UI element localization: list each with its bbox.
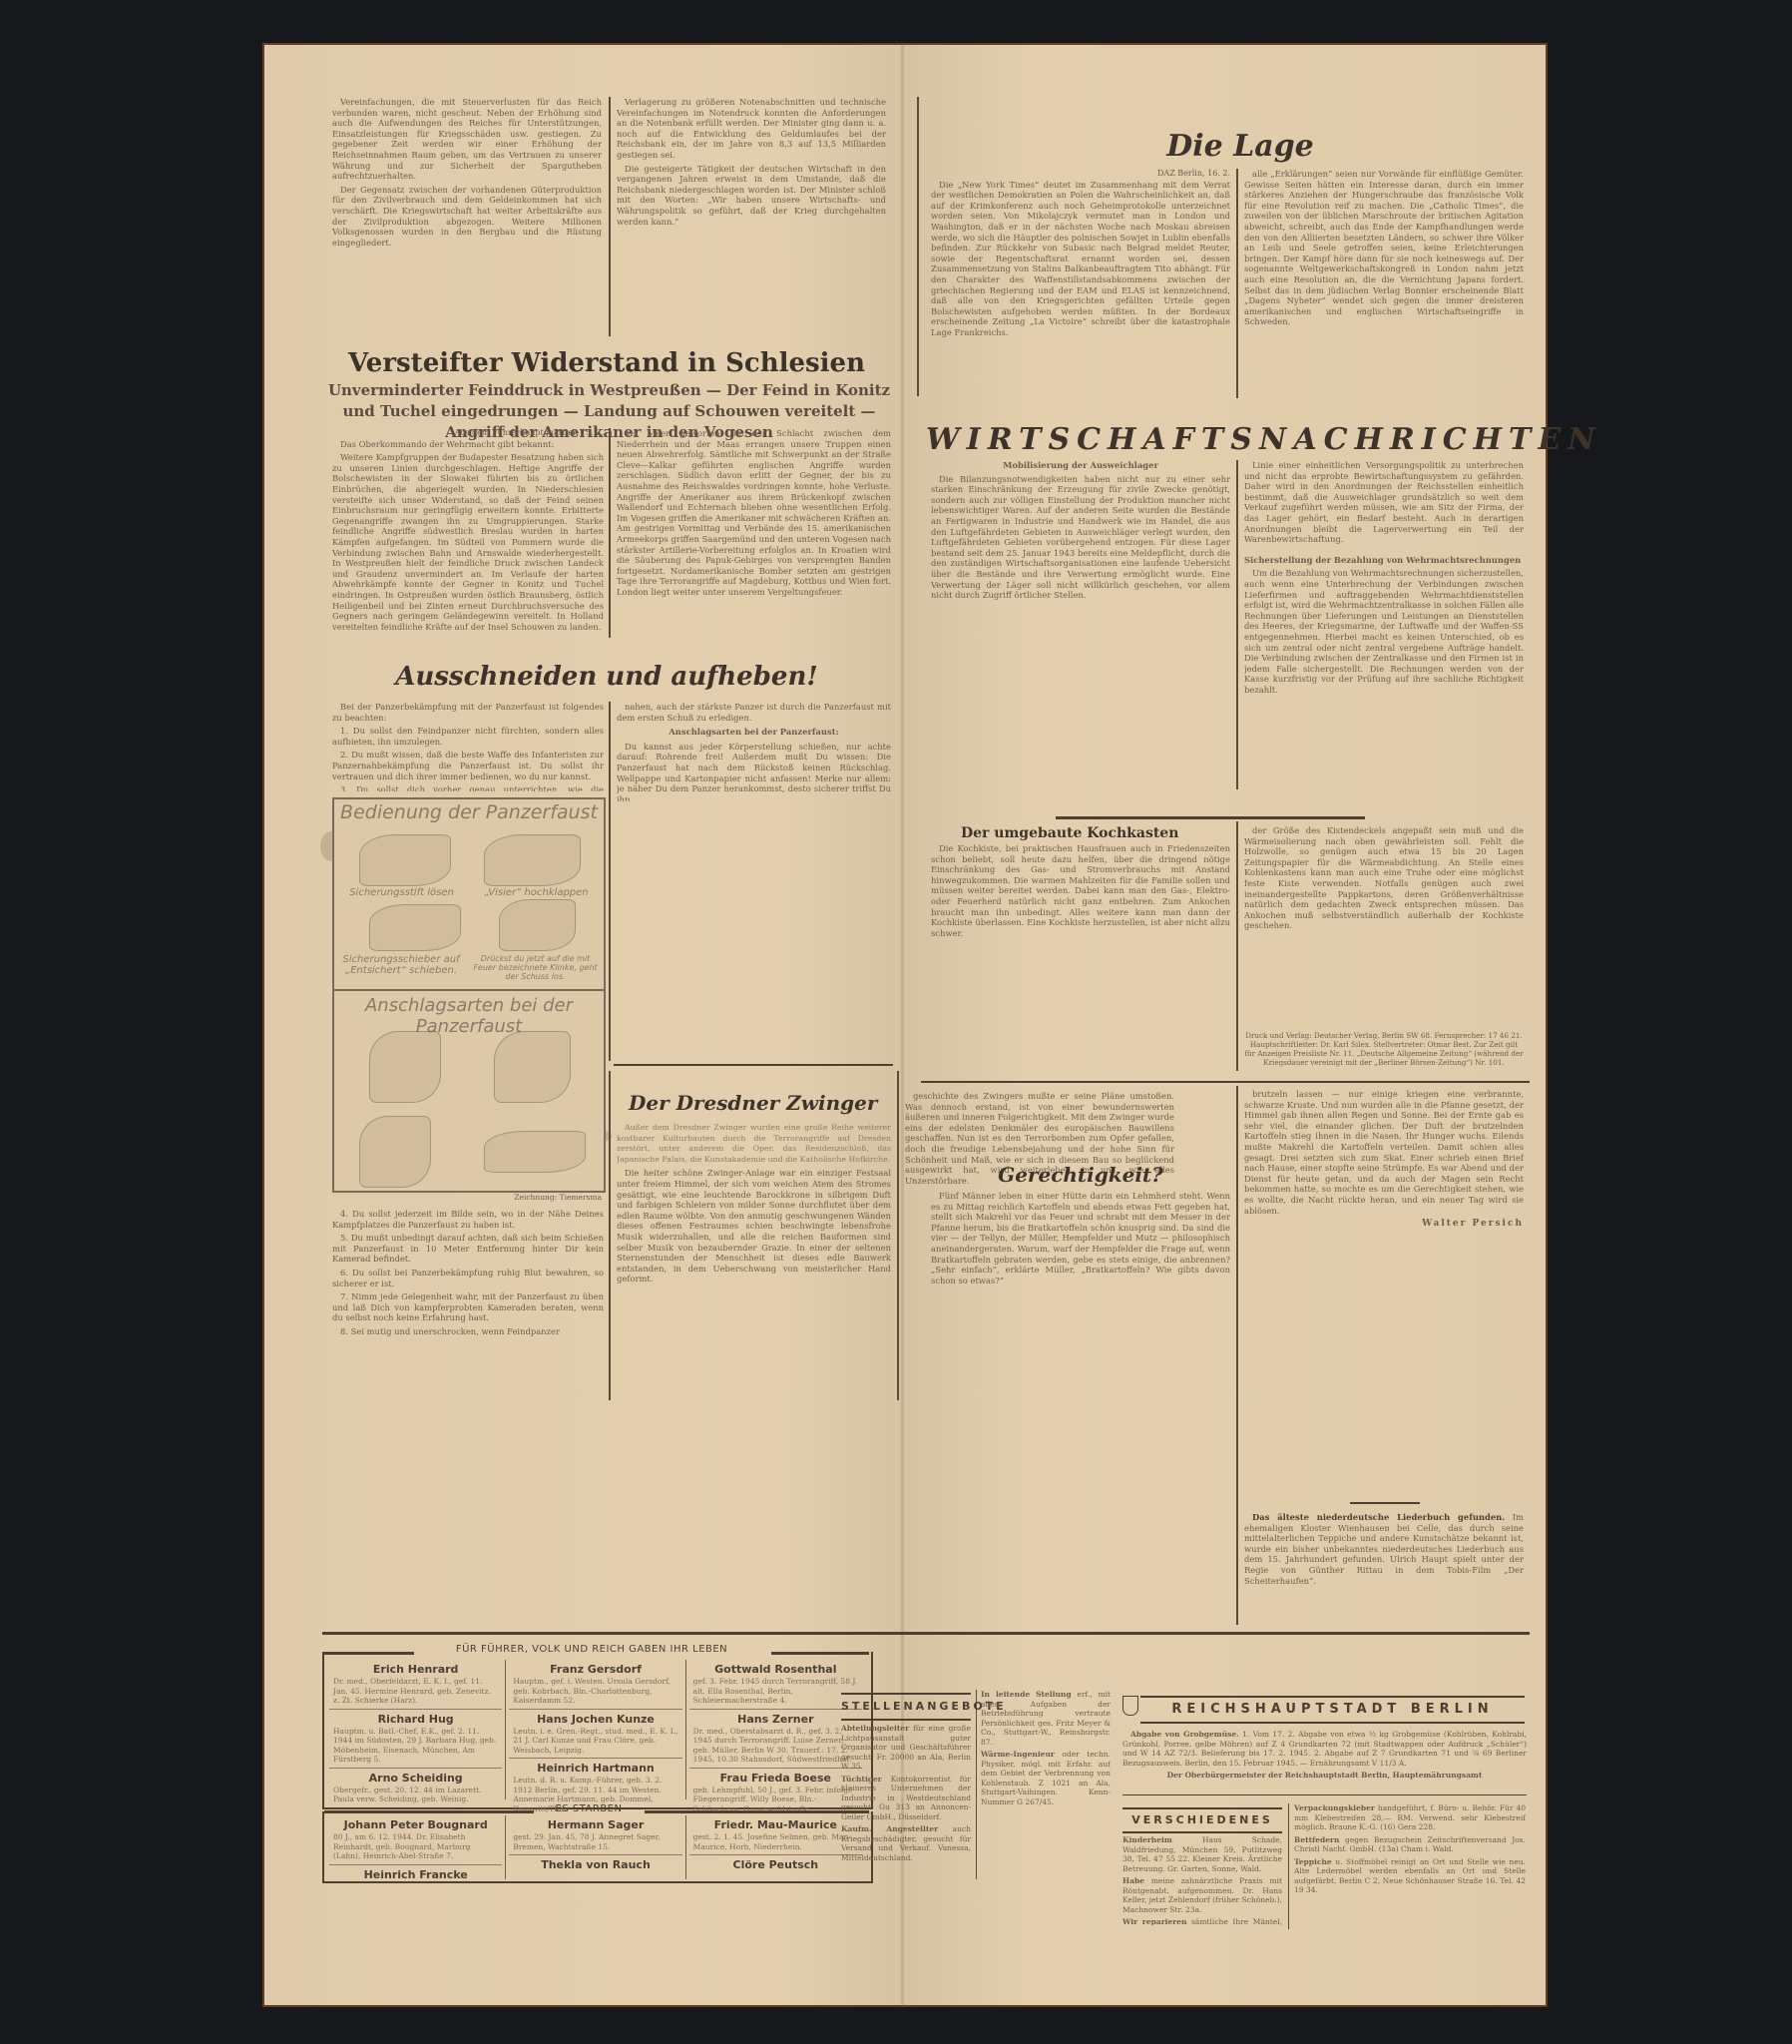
jobs-column-2: In leitende Stellung erf., mit allen Auf…	[981, 1690, 1111, 1879]
obituary-name: Gottwald Rosenthal	[689, 1663, 862, 1676]
panzerfaust-rules-bottom: 4. Du sollst jederzeit im Bilde sein, wo…	[332, 1209, 604, 1396]
wirtschaft-column-2: Linie einer einheitlichen Versorgungspol…	[1244, 460, 1524, 789]
illustration-bedienung: Bedienung der Panzerfaust Sicherungsstif…	[332, 797, 606, 991]
headline-wirtschaftsnachrichten: WIRTSCHAFTSNACHRICHTEN	[926, 422, 1535, 457]
column-rule	[1236, 169, 1238, 398]
gerechtigkeit-column-1: Fünf Männer leben in einer Hütte darin e…	[931, 1191, 1230, 1620]
soldier-drawing	[359, 1116, 431, 1188]
soldier-drawing	[484, 1131, 586, 1173]
section-rule	[614, 1064, 893, 1066]
column-rule	[609, 1071, 611, 1400]
section-rule	[1140, 1696, 1525, 1698]
schlesien-column-1: Aus dem Führerhauptquartier, 15. 2. Das …	[332, 428, 604, 638]
obituaries-header: FÜR FÜHRER, VOLK UND REICH GABEN IHR LEB…	[412, 1644, 771, 1655]
illustration-title: Bedienung der Panzerfaust	[338, 801, 600, 823]
obituary-name: Franz Gersdorf	[509, 1663, 681, 1676]
panzerfaust-intro: Bei der Panzerbekämpfung mit der Panzerf…	[332, 702, 604, 791]
panzerfaust-drawing	[484, 834, 581, 886]
jobs-header: STELLENANGEBOTE	[841, 1700, 971, 1713]
obituary-note: gest. 2. 1. 45. Josefine Selmen, geb. Ma…	[689, 1832, 862, 1855]
kochkasten-column-1: Die Kochkiste, bei praktischen Hausfraue…	[931, 843, 1230, 1073]
headline-zwinger: Der Dresdner Zwinger	[617, 1091, 878, 1115]
headline-ausschneiden: Ausschneiden und aufheben!	[312, 662, 901, 692]
illustration-credit: Zeichnung: Tiemersma	[462, 1193, 602, 1205]
section-rule	[1056, 816, 1365, 819]
misc-column-1: Kinderheim Haus Schade, Waldfriedung, Mü…	[1122, 1835, 1282, 1925]
wehrmacht-subhead: Sicherstellung der Bezahlung von Wehrmac…	[1244, 555, 1524, 566]
section-rule	[841, 1719, 971, 1721]
obituary-note: Leutn. i. e. Gren.-Regt., stud. med., E.…	[509, 1727, 681, 1760]
anschlagsarten-subhead: Anschlagsarten bei der Panzerfaust:	[617, 727, 891, 738]
left-top-column-2: Verlagerung zu größeren Notenabschnitten…	[617, 97, 886, 336]
section-rule	[771, 1652, 869, 1655]
section-rule	[921, 1081, 1530, 1083]
obituary-name: Frau Frieda Boese	[689, 1772, 862, 1785]
obituary-note: Hauptm. u. Batl.-Chef, E.K., gef. 2. 11.…	[329, 1727, 502, 1769]
column-rule	[1236, 821, 1238, 1071]
misc-column-2: Verpackungskleber handgeführt, f. Büro- …	[1294, 1803, 1526, 1929]
section-rule	[1122, 1807, 1282, 1809]
obituary-name: Arno Scheiding	[329, 1772, 502, 1785]
soldier-drawing	[369, 1031, 441, 1103]
die-lage-column-1: DAZ Berlin, 16. 2. Die „New York Times“ …	[931, 169, 1230, 398]
obituary-note: Hauptm., gef. i. Westen. Ursula Gersdorf…	[509, 1677, 681, 1710]
soldier-drawing	[494, 1031, 571, 1103]
obituary-note: Dr. med., Oberstabsarzt d. R., gef. 3. 2…	[689, 1727, 862, 1769]
obituary-name: Friedr. Mau-Maurice	[689, 1818, 862, 1831]
column-rule	[609, 428, 611, 638]
obituary-name: Heinrich Francke	[329, 1868, 502, 1881]
section-rule	[841, 1693, 971, 1695]
jobs-column-1: Abteilungsleiter für eine große Lichtpau…	[841, 1724, 971, 1873]
illustration-caption: Sicherungsstift lösen	[334, 887, 469, 898]
obituary-name: Clöre Peutsch	[689, 1858, 862, 1871]
zwinger-body: Außer dem Dresdner Zwinger wurden eine g…	[617, 1123, 891, 1397]
column-rule	[609, 702, 611, 1061]
obituary-name: Hermann Sager	[509, 1818, 681, 1831]
headline-die-lage: Die Lage	[941, 129, 1540, 164]
column-rule	[609, 97, 611, 336]
die-lage-column-2: alle „Erklärungen“ seien nur Vorwände fü…	[1244, 169, 1524, 398]
obituary-note: Obergefr., gest. 20. 12. 44 im Lazarett.…	[329, 1786, 502, 1807]
liederbuch-article: Das älteste niederdeutsche Liederbuch ge…	[1244, 1512, 1524, 1622]
wirtschaft-subhead: Mobilisierung der Ausweichlager	[931, 460, 1230, 471]
dateline: Aus dem Führerhauptquartier, 15. 2.	[332, 428, 604, 439]
column-rule	[1236, 1086, 1238, 1625]
obituary-note: gef. 3. Febr. 1945 durch Terrorangriff, …	[689, 1677, 862, 1710]
berlin-bear-crest-icon	[1122, 1696, 1138, 1716]
obituary-note: 80 J., am 6. 12. 1944. Dr. Elisabeth Rei…	[329, 1832, 502, 1865]
column-rule	[1288, 1803, 1289, 1929]
article-body: Im ehemaligen Kloster Wienhausen bei Cel…	[1244, 1512, 1524, 1586]
panzerfaust-right: nahen, auch der stärkste Panzer ist durc…	[617, 702, 891, 801]
author-signature: Walter Persich	[1244, 1219, 1524, 1230]
illustration-caption: Drückst du jetzt auf die mit Feuer bezei…	[469, 954, 602, 981]
obituary-name: Richard Hug	[329, 1713, 502, 1726]
kochkasten-column-2: der Größe des Kistendeckels angepaßt sei…	[1244, 825, 1524, 1025]
dateline: DAZ Berlin, 16. 2.	[931, 169, 1230, 180]
berlin-header: REICHSHAUPTSTADT BERLIN	[1140, 1702, 1525, 1717]
obituaries-fallen: Erich Henrard Dr. med., Oberfeldarzt, E.…	[326, 1660, 865, 1799]
section-rule	[1122, 1831, 1282, 1833]
panzerfaust-drawing	[369, 904, 461, 951]
obituary-name: Heinrich Hartmann	[509, 1762, 681, 1775]
obituary-name: Hans Zerner	[689, 1713, 862, 1726]
section-rule	[1350, 1502, 1420, 1504]
illustration-caption: „Visier“ hochklappen	[469, 887, 604, 898]
obituary-name: Erich Henrard	[329, 1663, 502, 1676]
column-rule	[897, 1071, 899, 1400]
berlin-notice: Abgabe von Grobgemüse. 1. Vom 17. 2. Abg…	[1122, 1730, 1527, 1789]
panzerfaust-drawing	[359, 834, 451, 886]
soldier-drawing	[499, 899, 576, 951]
newspaper-page: Vereinfachungen, die mit Steuerverlusten…	[262, 43, 1548, 2007]
headline-kochkasten: Der umgebaute Kochkasten	[931, 825, 1260, 841]
headline-gerechtigkeit: Gerechtigkeit?	[931, 1163, 1230, 1187]
section-rule	[322, 1652, 414, 1655]
column-rule	[1236, 460, 1238, 789]
illustration-anschlagsarten: Anschlagsarten bei der Panzerfaust	[332, 989, 606, 1193]
ads-divider	[322, 1632, 1530, 1635]
imprint: Druck und Verlag: Deutscher Verlag, Berl…	[1244, 1031, 1524, 1077]
obituaries-died: Johann Peter Bougnard 80 J., am 6. 12. 1…	[326, 1815, 865, 1879]
schlesien-column-2: ins Meer geworfen. In der Schlacht zwisc…	[617, 428, 891, 638]
headline-schlesien: Versteifter Widerstand in Schlesien	[312, 348, 901, 378]
gerechtigkeit-column-2: brutzeln lassen — nur einige kriegen ein…	[1244, 1089, 1524, 1488]
section-rule	[1140, 1722, 1525, 1724]
obituary-name: Hans Jochen Kunze	[509, 1713, 681, 1726]
section-rule	[1122, 1794, 1527, 1795]
misc-header: VERSCHIEDENES	[1122, 1813, 1282, 1826]
column-rule	[917, 97, 919, 396]
wirtschaft-column-1: Mobilisierung der Ausweichlager Die Bila…	[931, 460, 1230, 789]
column-rule	[976, 1690, 977, 1879]
obituary-name: Thekla von Rauch	[509, 1858, 681, 1871]
obituary-note: gest. 29. Jan. 45, 78 J. Annegret Sager,…	[509, 1832, 681, 1855]
left-top-column-1: Vereinfachungen, die mit Steuerverlusten…	[332, 97, 602, 336]
obituary-name: Johann Peter Bougnard	[329, 1818, 502, 1831]
berlin-signature: Der Oberbürgermeister der Reichshauptsta…	[1122, 1771, 1527, 1781]
article-lead: Das älteste niederdeutsche Liederbuch ge…	[1252, 1512, 1505, 1522]
obituary-note: Dr. med., Oberfeldarzt, E. K. I., gef. 1…	[329, 1677, 502, 1710]
illustration-caption: Sicherungsschieber auf „Entsichert“ schi…	[336, 954, 466, 976]
